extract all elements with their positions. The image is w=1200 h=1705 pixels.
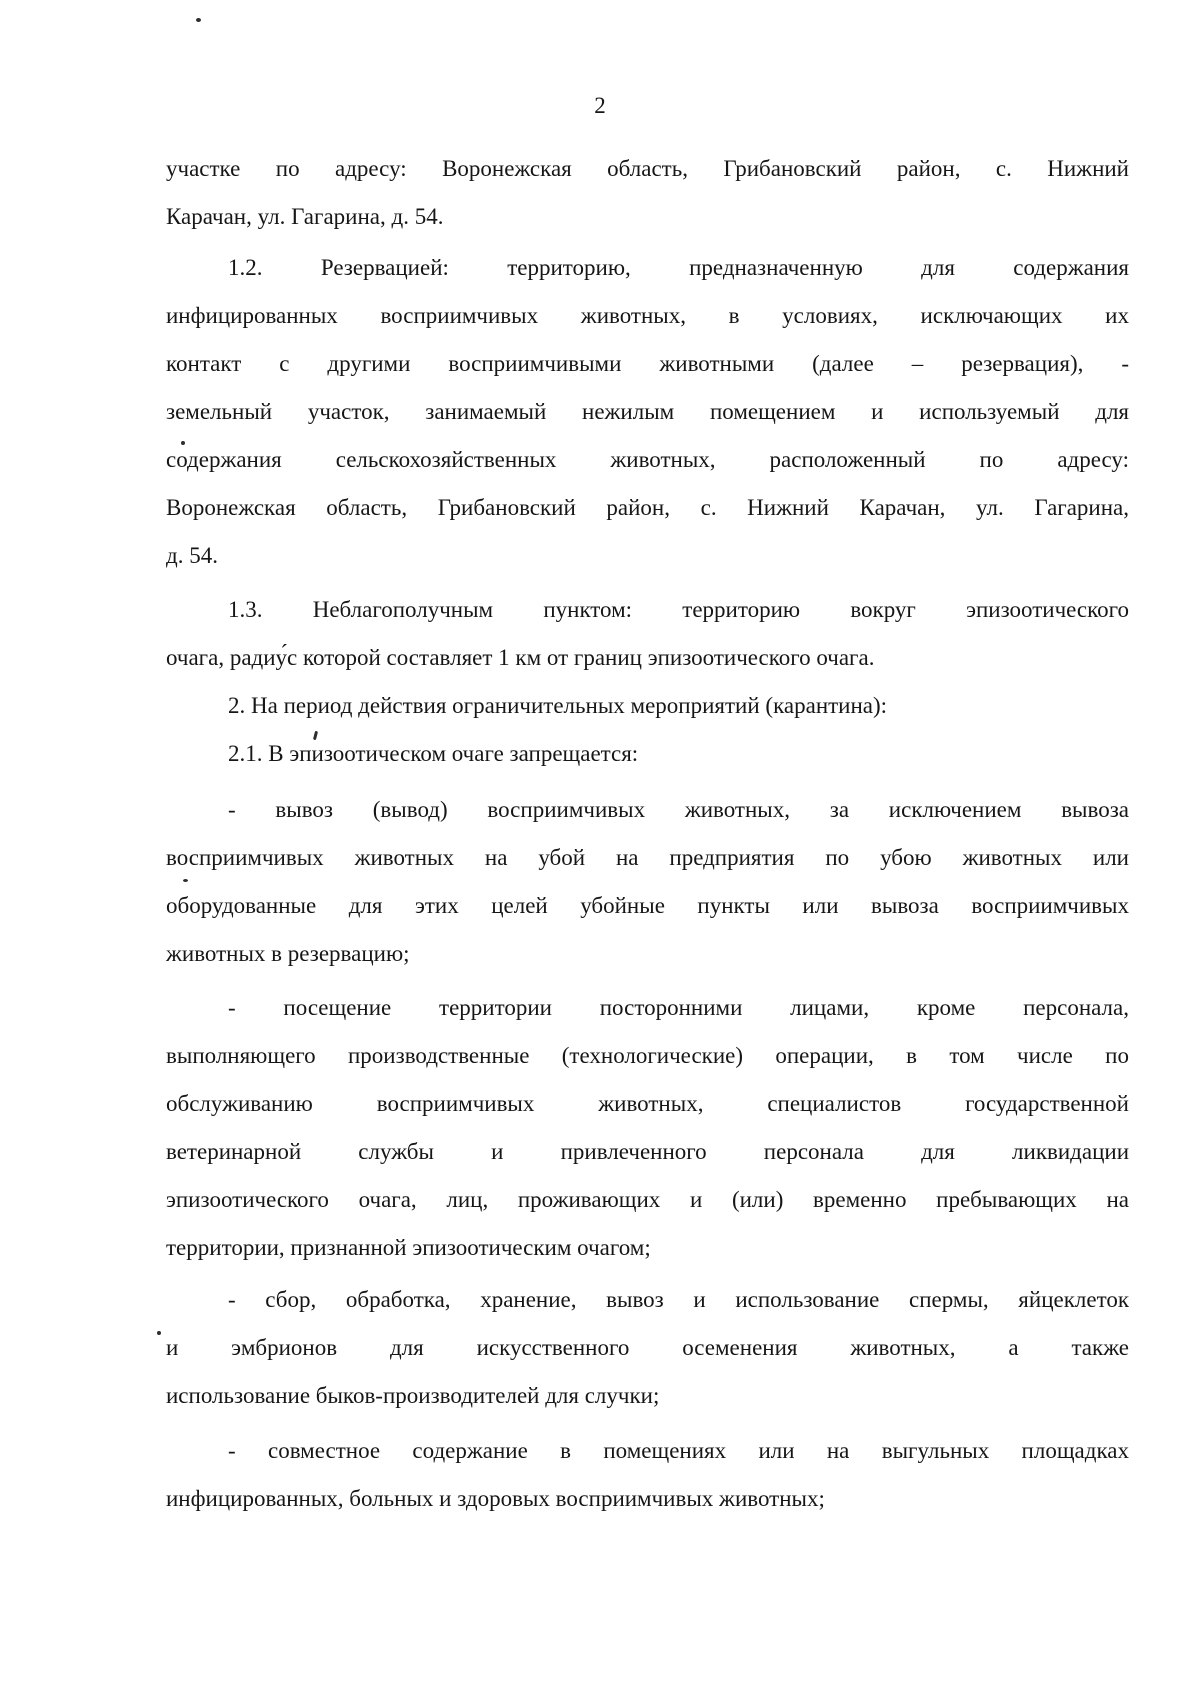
text-line: животных в резервацию;: [166, 930, 1129, 978]
text-line: обслуживанию восприимчивых животных, спе…: [166, 1080, 1129, 1128]
text-line: - вывоз (вывод) восприимчивых животных, …: [166, 786, 1129, 834]
text-line: ветеринарной службы и привлеченного перс…: [166, 1128, 1129, 1176]
text-line: 1.3. Неблагополучным пунктом: территорию…: [166, 586, 1129, 634]
scan-speck: [181, 441, 185, 445]
text-line: земельный участок, занимаемый нежилым по…: [166, 388, 1129, 436]
text-line: использование быков-производителей для с…: [166, 1372, 1129, 1420]
text-line: - совместное содержание в помещениях или…: [166, 1427, 1129, 1475]
document-page: 2 участке по адресу: Воронежская область…: [0, 0, 1200, 1705]
paragraph: - посещение территории посторонними лица…: [166, 984, 1129, 1272]
paragraph: участке по адресу: Воронежская область, …: [166, 145, 1129, 241]
text-line: 1.2. Резервацией: территорию, предназнач…: [166, 244, 1129, 292]
text-line: 2. На период действия ограничительных ме…: [166, 682, 1129, 730]
text-line: восприимчивых животных на убой на предпр…: [166, 834, 1129, 882]
text-line: - сбор, обработка, хранение, вывоз и исп…: [166, 1276, 1129, 1324]
scan-speck: [183, 879, 188, 882]
text-line: инфицированных, больных и здоровых воспр…: [166, 1475, 1129, 1523]
paragraph: 1.2. Резервацией: территорию, предназнач…: [166, 244, 1129, 580]
paragraph: - сбор, обработка, хранение, вывоз и исп…: [166, 1276, 1129, 1420]
paragraph: - совместное содержание в помещениях или…: [166, 1427, 1129, 1523]
scan-speck: [196, 18, 201, 22]
text-line: оборудованные для этих целей убойные пун…: [166, 882, 1129, 930]
paragraph: - вывоз (вывод) восприимчивых животных, …: [166, 786, 1129, 978]
text-line: д. 54.: [166, 532, 1129, 580]
text-line: очага, радиу́с которой составляет 1 км о…: [166, 634, 1129, 682]
text-line: эпизоотического очага, лиц, проживающих …: [166, 1176, 1129, 1224]
paragraph: 2. На период действия ограничительных ме…: [166, 682, 1129, 730]
text-line: контакт с другими восприимчивыми животны…: [166, 340, 1129, 388]
text-line: Карачан, ул. Гагарина, д. 54.: [166, 193, 1129, 241]
text-line: территории, признанной эпизоотическим оч…: [166, 1224, 1129, 1272]
text-line: содержания сельскохозяйственных животных…: [166, 436, 1129, 484]
paragraph: 1.3. Неблагополучным пунктом: территорию…: [166, 586, 1129, 682]
text-line: и эмбрионов для искусственного осеменени…: [166, 1324, 1129, 1372]
text-line: - посещение территории посторонними лица…: [166, 984, 1129, 1032]
text-line: участке по адресу: Воронежская область, …: [166, 145, 1129, 193]
text-line: Воронежская область, Грибановский район,…: [166, 484, 1129, 532]
paragraph: 2.1. В эпизоотическом очаге запрещается:: [166, 730, 1129, 778]
text-line: выполняющего производственные (технологи…: [166, 1032, 1129, 1080]
text-line: 2.1. В эпизоотическом очаге запрещается:: [166, 730, 1129, 778]
scan-speck: [157, 1331, 161, 1335]
text-line: инфицированных восприимчивых животных, в…: [166, 292, 1129, 340]
document-body: участке по адресу: Воронежская область, …: [166, 145, 1129, 1523]
page-number: 2: [0, 93, 1200, 119]
